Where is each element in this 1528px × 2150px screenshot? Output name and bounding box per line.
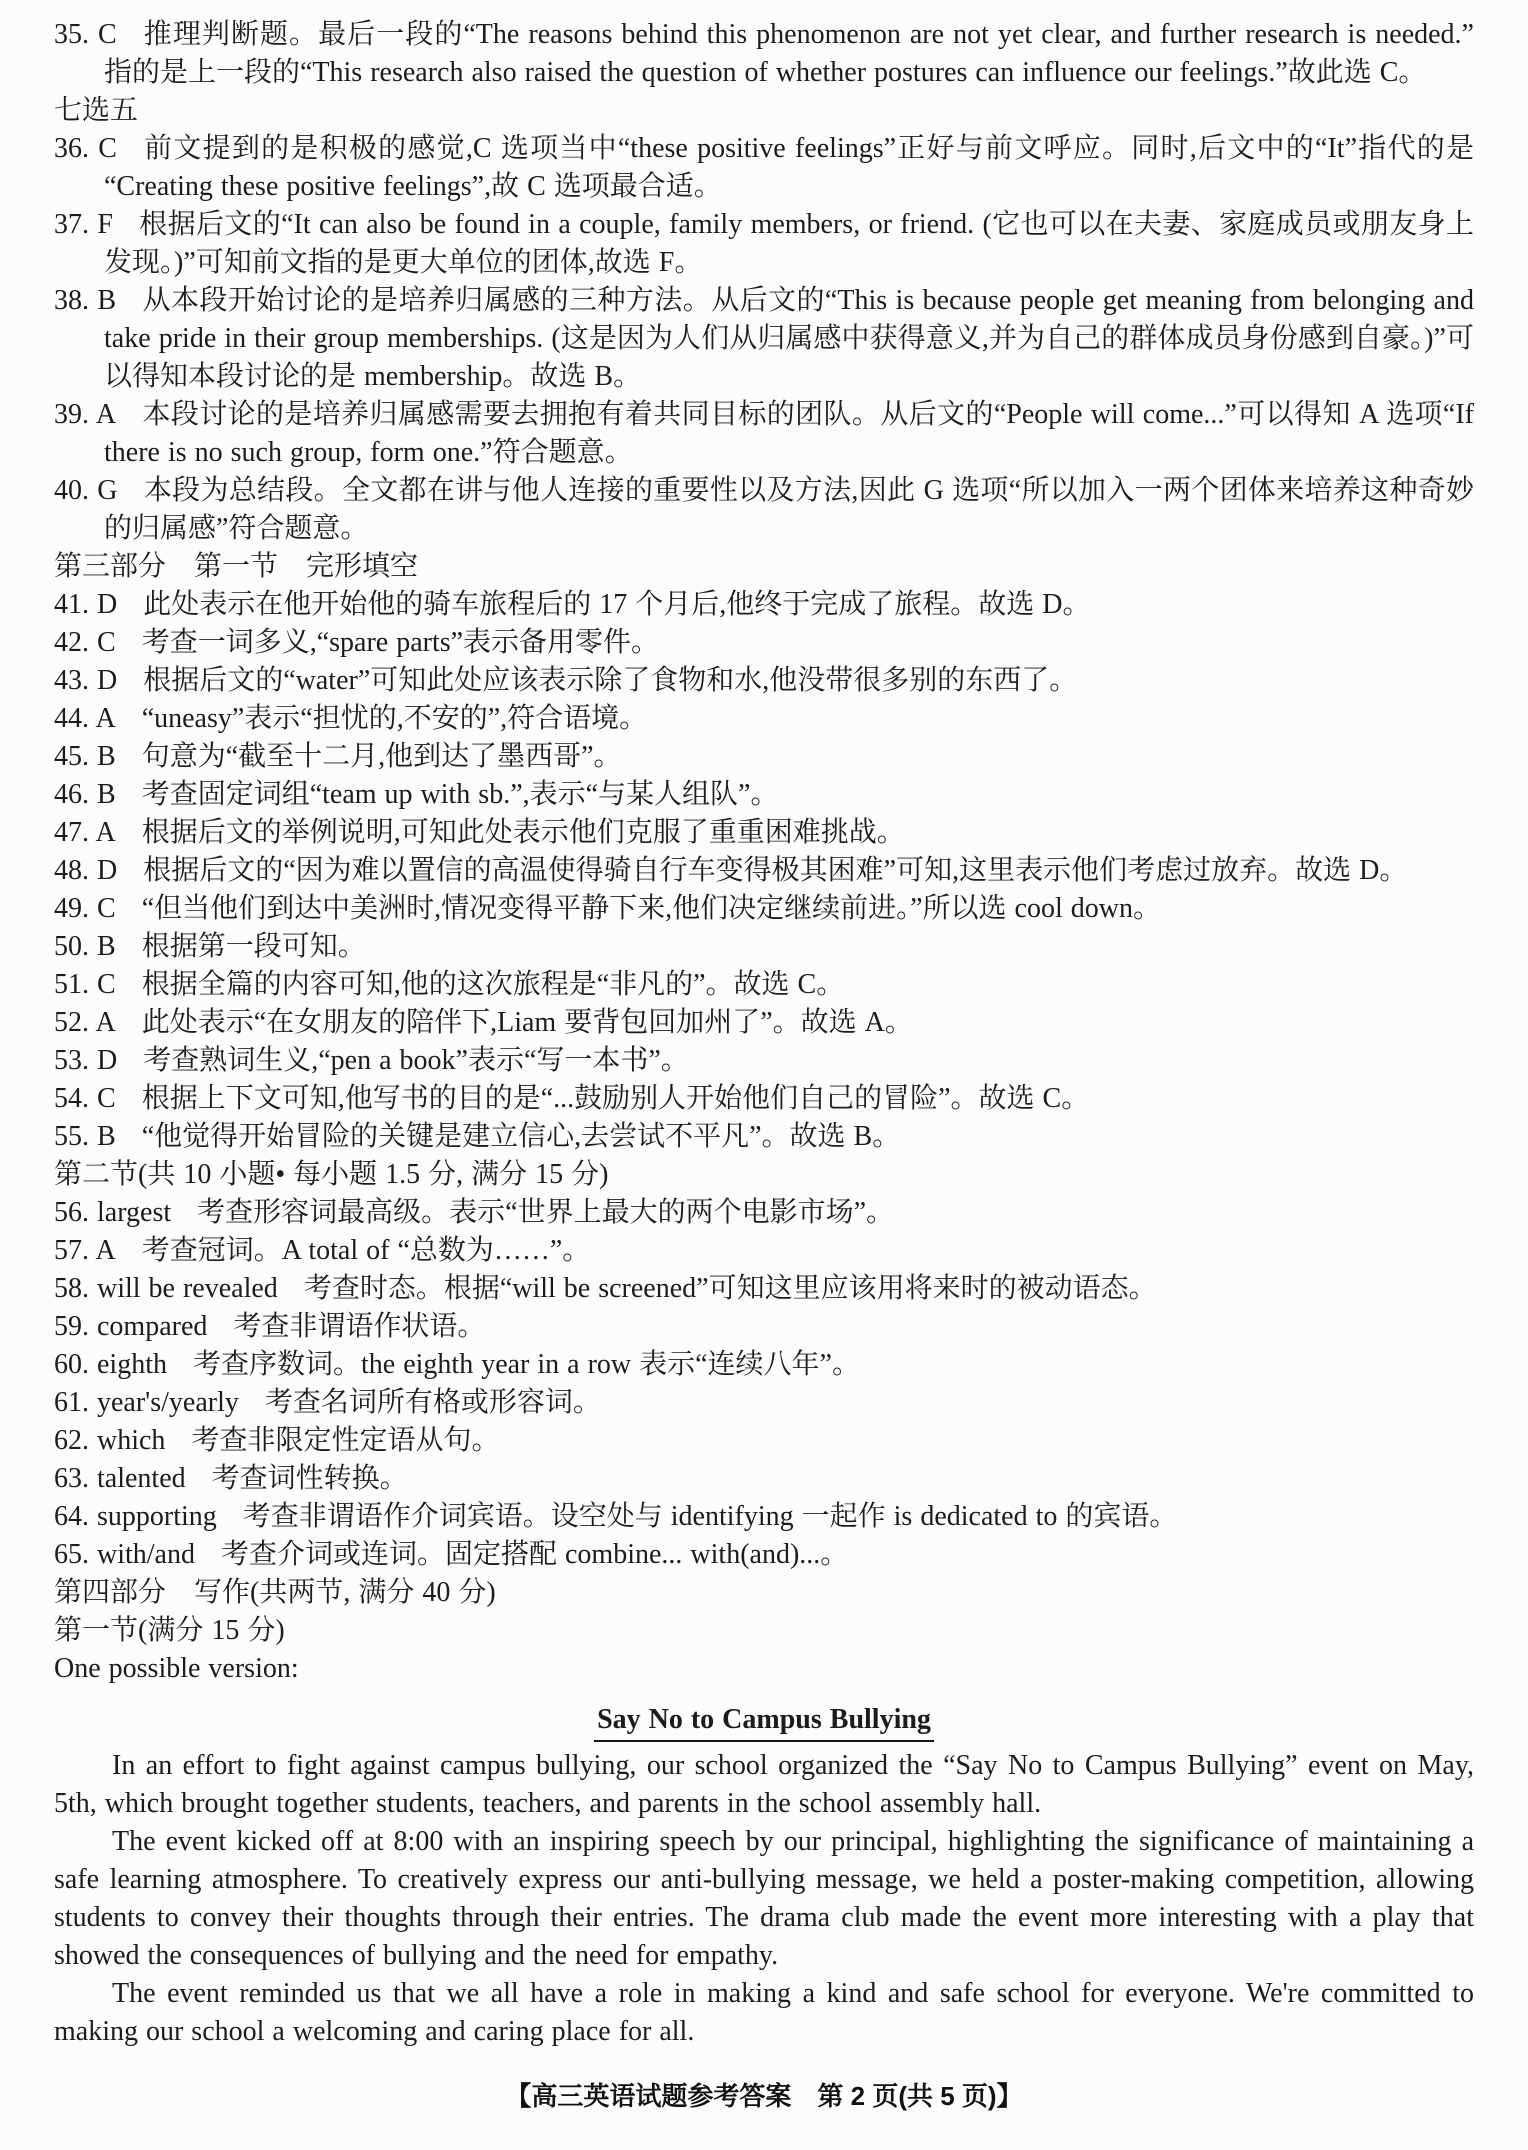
line-text: 第一节(满分 15 分): [54, 1615, 285, 1646]
answer-number-label: 62. which: [54, 1425, 165, 1456]
line-text: 考查固定词组“team up with sb.”,表示“与某人组队”。: [142, 779, 779, 810]
answer-number-label: 59. compared: [54, 1311, 207, 1342]
line-text: 考查冠词。A total of “总数为……”。: [142, 1235, 591, 1266]
answer-number-label: 36. C: [54, 133, 117, 164]
item-line: 43. D根据后文的“water”可知此处应该表示除了食物和水,他没带很多别的东…: [54, 662, 1474, 700]
answer-number-label: 43. D: [54, 665, 117, 696]
paragraph-line: The event kicked off at 8:00 with an ins…: [54, 1823, 1474, 1975]
answer-number-label: 49. C: [54, 893, 116, 924]
item-line: 47. A根据后文的举例说明,可知此处表示他们克服了重重困难挑战。: [54, 814, 1474, 852]
item-line: 38. B从本段开始讨论的是培养归属感的三种方法。从后文的“This is be…: [54, 282, 1474, 396]
line-text: “他觉得开始冒险的关键是建立信心,去尝试不平凡”。故选 B。: [142, 1121, 901, 1152]
line-text: 考查非限定性定语从句。: [191, 1425, 499, 1456]
answer-number-label: 63. talented: [54, 1463, 186, 1494]
answer-number-label: 48. D: [54, 855, 117, 886]
answer-number-label: 37. F: [54, 209, 113, 240]
item-line: 58. will be revealed考查时态。根据“will be scre…: [54, 1270, 1474, 1308]
item-line: 60. eighth考查序数词。the eighth year in a row…: [54, 1346, 1474, 1384]
line-text: 考查非谓语作介词宾语。设空处与 identifying 一起作 is dedic…: [243, 1501, 1178, 1532]
page-footer: 【高三英语试题参考答案 第 2 页(共 5 页)】: [54, 2079, 1474, 2113]
heading-line: 第三部分 第一节 完形填空: [54, 548, 1474, 586]
essay-title-line: Say No to Campus Bullying: [54, 1701, 1474, 1742]
answer-number-label: 55. B: [54, 1121, 116, 1152]
line-text: 本段为总结段。全文都在讲与他人连接的重要性以及方法,因此 G 选项“所以加入一两…: [104, 475, 1474, 544]
item-line: 51. C根据全篇的内容可知,他的这次旅程是“非凡的”。故选 C。: [54, 966, 1474, 1004]
paragraph-line: The event reminded us that we all have a…: [54, 1975, 1474, 2051]
line-text: 第四部分 写作(共两节, 满分 40 分): [54, 1577, 496, 1608]
item-line: 46. B考查固定词组“team up with sb.”,表示“与某人组队”。: [54, 776, 1474, 814]
answer-number-label: 54. C: [54, 1083, 116, 1114]
item-line: 56. largest考查形容词最高级。表示“世界上最大的两个电影市场”。: [54, 1194, 1474, 1232]
line-text: 考查熟词生义,“pen a book”表示“写一本书”。: [143, 1045, 689, 1076]
line-text: 第二节(共 10 小题• 每小题 1.5 分, 满分 15 分): [54, 1159, 608, 1190]
line-text: “uneasy”表示“担忧的,不安的”,符合语境。: [142, 703, 647, 734]
answer-number-label: 53. D: [54, 1045, 117, 1076]
item-line: 40. G本段为总结段。全文都在讲与他人连接的重要性以及方法,因此 G 选项“所…: [54, 472, 1474, 548]
item-line: 62. which考查非限定性定语从句。: [54, 1422, 1474, 1460]
answer-number-label: 58. will be revealed: [54, 1273, 278, 1304]
item-line: 59. compared考查非谓语作状语。: [54, 1308, 1474, 1346]
line-text: 考查介词或连词。固定搭配 combine... with(and)...。: [221, 1539, 848, 1570]
answer-number-label: 46. B: [54, 779, 116, 810]
item-line: 39. A本段讨论的是培养归属感需要去拥抱有着共同目标的团队。从后文的“Peop…: [54, 396, 1474, 472]
line-text: 考查非谓语作状语。: [233, 1311, 485, 1342]
heading-line: 七选五: [54, 92, 1474, 130]
item-line: 42. C考查一词多义,“spare parts”表示备用零件。: [54, 624, 1474, 662]
answer-number-label: 56. largest: [54, 1197, 171, 1228]
item-line: 55. B“他觉得开始冒险的关键是建立信心,去尝试不平凡”。故选 B。: [54, 1118, 1474, 1156]
answer-number-label: 52. A: [54, 1007, 116, 1038]
line-text: 考查序数词。the eighth year in a row 表示“连续八年”。: [193, 1349, 860, 1380]
item-line: 45. B句意为“截至十二月,他到达了墨西哥”。: [54, 738, 1474, 776]
answer-number-label: 47. A: [54, 817, 116, 848]
answer-number-label: 65. with/and: [54, 1539, 195, 1570]
item-line: 35. C推理判断题。最后一段的“The reasons behind this…: [54, 16, 1474, 92]
line-text: 考查词性转换。: [212, 1463, 408, 1494]
line-text: 根据上下文可知,他写书的目的是“...鼓励别人开始他们自己的冒险”。故选 C。: [142, 1083, 1090, 1114]
line-text: 此处表示“在女朋友的陪伴下,Liam 要背包回加州了”。故选 A。: [142, 1007, 913, 1038]
answer-number-label: 50. B: [54, 931, 116, 962]
answer-number-label: 45. B: [54, 741, 116, 772]
line-text: 考查一词多义,“spare parts”表示备用零件。: [142, 627, 659, 658]
line-text: 句意为“截至十二月,他到达了墨西哥”。: [142, 741, 622, 772]
item-line: 50. B根据第一段可知。: [54, 928, 1474, 966]
answer-number-label: 39. A: [54, 399, 116, 430]
line-text: The event kicked off at 8:00 with an ins…: [54, 1826, 1474, 1971]
answer-number-label: 61. year's/yearly: [54, 1387, 239, 1418]
line-text: 考查名词所有格或形容词。: [265, 1387, 601, 1418]
line-text: 根据全篇的内容可知,他的这次旅程是“非凡的”。故选 C。: [142, 969, 845, 1000]
item-line: 36. C前文提到的是积极的感觉,C 选项当中“these positive f…: [54, 130, 1474, 206]
line-text: 考查时态。根据“will be screened”可知这里应该用将来时的被动语态…: [304, 1273, 1157, 1304]
answer-number-label: 41. D: [54, 589, 117, 620]
item-line: 49. C“但当他们到达中美洲时,情况变得平静下来,他们决定继续前进。”所以选 …: [54, 890, 1474, 928]
line-text: 从本段开始讨论的是培养归属感的三种方法。从后文的“This is because…: [104, 285, 1474, 392]
item-line: 61. year's/yearly考查名词所有格或形容词。: [54, 1384, 1474, 1422]
item-line: 48. D根据后文的“因为难以置信的高温使得骑自行车变得极其困难”可知,这里表示…: [54, 852, 1474, 890]
heading-line: One possible version:: [54, 1650, 1474, 1688]
line-text: 本段讨论的是培养归属感需要去拥抱有着共同目标的团队。从后文的“People wi…: [104, 399, 1474, 468]
line-text: 此处表示在他开始他的骑车旅程后的 17 个月后,他终于完成了旅程。故选 D。: [143, 589, 1090, 620]
answer-number-label: 38. B: [54, 285, 116, 316]
answer-number-label: 42. C: [54, 627, 116, 658]
line-text: 根据后文的“water”可知此处应该表示除了食物和水,他没带很多别的东西了。: [143, 665, 1077, 696]
line-text: 七选五: [54, 95, 138, 126]
item-line: 57. A考查冠词。A total of “总数为……”。: [54, 1232, 1474, 1270]
footer-text: 【高三英语试题参考答案 第 2 页(共 5 页)】: [505, 2081, 1022, 2111]
line-text: 根据第一段可知。: [142, 931, 366, 962]
heading-line: 第四部分 写作(共两节, 满分 40 分): [54, 1574, 1474, 1612]
answer-number-label: 40. G: [54, 475, 118, 506]
item-line: 65. with/and考查介词或连词。固定搭配 combine... with…: [54, 1536, 1474, 1574]
line-text: 根据后文的举例说明,可知此处表示他们克服了重重困难挑战。: [142, 817, 905, 848]
line-text: 推理判断题。最后一段的“The reasons behind this phen…: [104, 19, 1474, 88]
item-line: 52. A此处表示“在女朋友的陪伴下,Liam 要背包回加州了”。故选 A。: [54, 1004, 1474, 1042]
answer-number-label: 35. C: [54, 19, 117, 50]
item-line: 63. talented考查词性转换。: [54, 1460, 1474, 1498]
line-text: 根据后文的“It can also be found in a couple, …: [104, 209, 1474, 278]
item-line: 64. supporting考查非谓语作介词宾语。设空处与 identifyin…: [54, 1498, 1474, 1536]
item-line: 41. D此处表示在他开始他的骑车旅程后的 17 个月后,他终于完成了旅程。故选…: [54, 586, 1474, 624]
answer-number-label: 51. C: [54, 969, 116, 1000]
item-line: 53. D考查熟词生义,“pen a book”表示“写一本书”。: [54, 1042, 1474, 1080]
item-line: 54. C根据上下文可知,他写书的目的是“...鼓励别人开始他们自己的冒险”。故…: [54, 1080, 1474, 1118]
answer-number-label: 44. A: [54, 703, 116, 734]
line-text: One possible version:: [54, 1653, 299, 1684]
line-text: Say No to Campus Bullying: [594, 1701, 934, 1742]
item-line: 44. A“uneasy”表示“担忧的,不安的”,符合语境。: [54, 700, 1474, 738]
line-text: In an effort to fight against campus bul…: [54, 1750, 1474, 1819]
heading-line: 第一节(满分 15 分): [54, 1612, 1474, 1650]
item-line: 37. F根据后文的“It can also be found in a cou…: [54, 206, 1474, 282]
line-text: 根据后文的“因为难以置信的高温使得骑自行车变得极其困难”可知,这里表示他们考虑过…: [143, 855, 1407, 886]
line-text: 考查形容词最高级。表示“世界上最大的两个电影市场”。: [197, 1197, 894, 1228]
answer-key-body: 35. C推理判断题。最后一段的“The reasons behind this…: [54, 16, 1474, 2051]
answer-number-label: 64. supporting: [54, 1501, 217, 1532]
line-text: “但当他们到达中美洲时,情况变得平静下来,他们决定继续前进。”所以选 cool …: [142, 893, 1161, 924]
line-text: 第三部分 第一节 完形填空: [54, 551, 418, 582]
line-text: The event reminded us that we all have a…: [54, 1978, 1474, 2047]
answer-number-label: 60. eighth: [54, 1349, 167, 1380]
paragraph-line: In an effort to fight against campus bul…: [54, 1747, 1474, 1823]
heading-line: 第二节(共 10 小题• 每小题 1.5 分, 满分 15 分): [54, 1156, 1474, 1194]
exam-answer-key-page: 35. C推理判断题。最后一段的“The reasons behind this…: [0, 0, 1528, 2150]
line-text: 前文提到的是积极的感觉,C 选项当中“these positive feelin…: [104, 133, 1474, 202]
answer-number-label: 57. A: [54, 1235, 116, 1266]
